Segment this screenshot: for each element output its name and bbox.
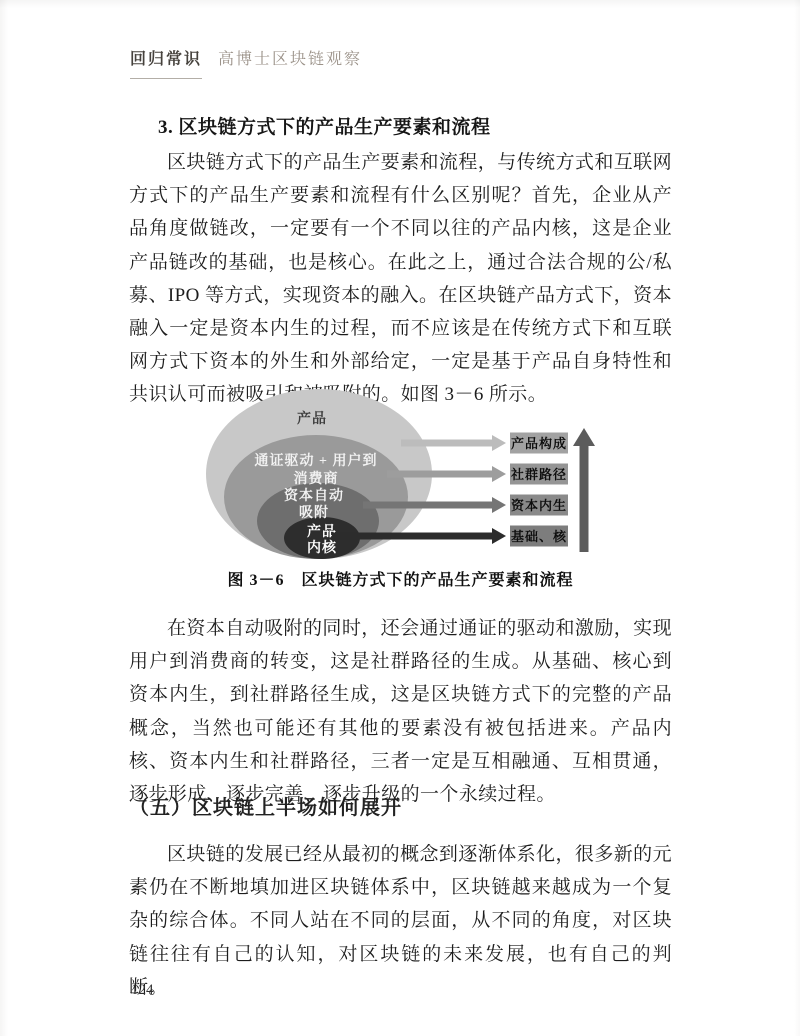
ring-capital-adsorb-label-line1: 资本自动	[284, 487, 344, 504]
page-number: 124	[131, 982, 154, 999]
running-head: 回归常识高博士区块链观察	[130, 46, 362, 79]
paragraph-2: 在资本自动吸附的同时，还会通过通证的驱动和激励，实现用户到消费商的转变，这是社群…	[129, 612, 672, 811]
ring-product-label: 产品	[297, 410, 327, 427]
ring-capital-adsorb-label-line2: 吸附	[299, 504, 329, 521]
figure-diagram: 产品 通证驱动 + 用户到 消费商 资本自动 吸附 产品 内核	[129, 388, 671, 560]
ring-product-core-label-line2: 内核	[307, 539, 337, 556]
running-head-subtitle: 高博士区块链观察	[218, 51, 362, 68]
ring-token-drive-label-line2: 消费商	[294, 470, 339, 487]
section-heading: （五）区块链上半场如何展开	[129, 791, 402, 820]
figure-3-6: 产品 通证驱动 + 用户到 消费商 资本自动 吸附 产品 内核	[129, 388, 672, 590]
label-community-path: 社群路径	[510, 467, 567, 482]
running-head-section: 回归常识	[130, 46, 202, 79]
paragraph-1: 区块链方式下的产品生产要素和流程，与传统方式和互联网方式下的产品生产要素和流程有…	[129, 146, 672, 412]
label-product-composition: 产品构成	[511, 436, 567, 451]
figure-caption: 图 3－6 区块链方式下的产品生产要素和流程	[129, 567, 672, 590]
paragraph-3: 区块链的发展已经从最初的概念到逐渐体系化，很多新的元素仍在不断地填加进区块链体系…	[129, 838, 672, 1004]
label-capital-endogenous: 资本内生	[511, 498, 567, 513]
book-page: 回归常识高博士区块链观察 3. 区块链方式下的产品生产要素和流程 区块链方式下的…	[0, 0, 800, 1036]
label-foundation-core: 基础、核	[511, 529, 567, 544]
subsection-heading: 3. 区块链方式下的产品生产要素和流程	[158, 112, 491, 139]
ring-token-drive-label-line1: 通证驱动 + 用户到	[255, 452, 378, 469]
up-arrow	[573, 428, 595, 552]
